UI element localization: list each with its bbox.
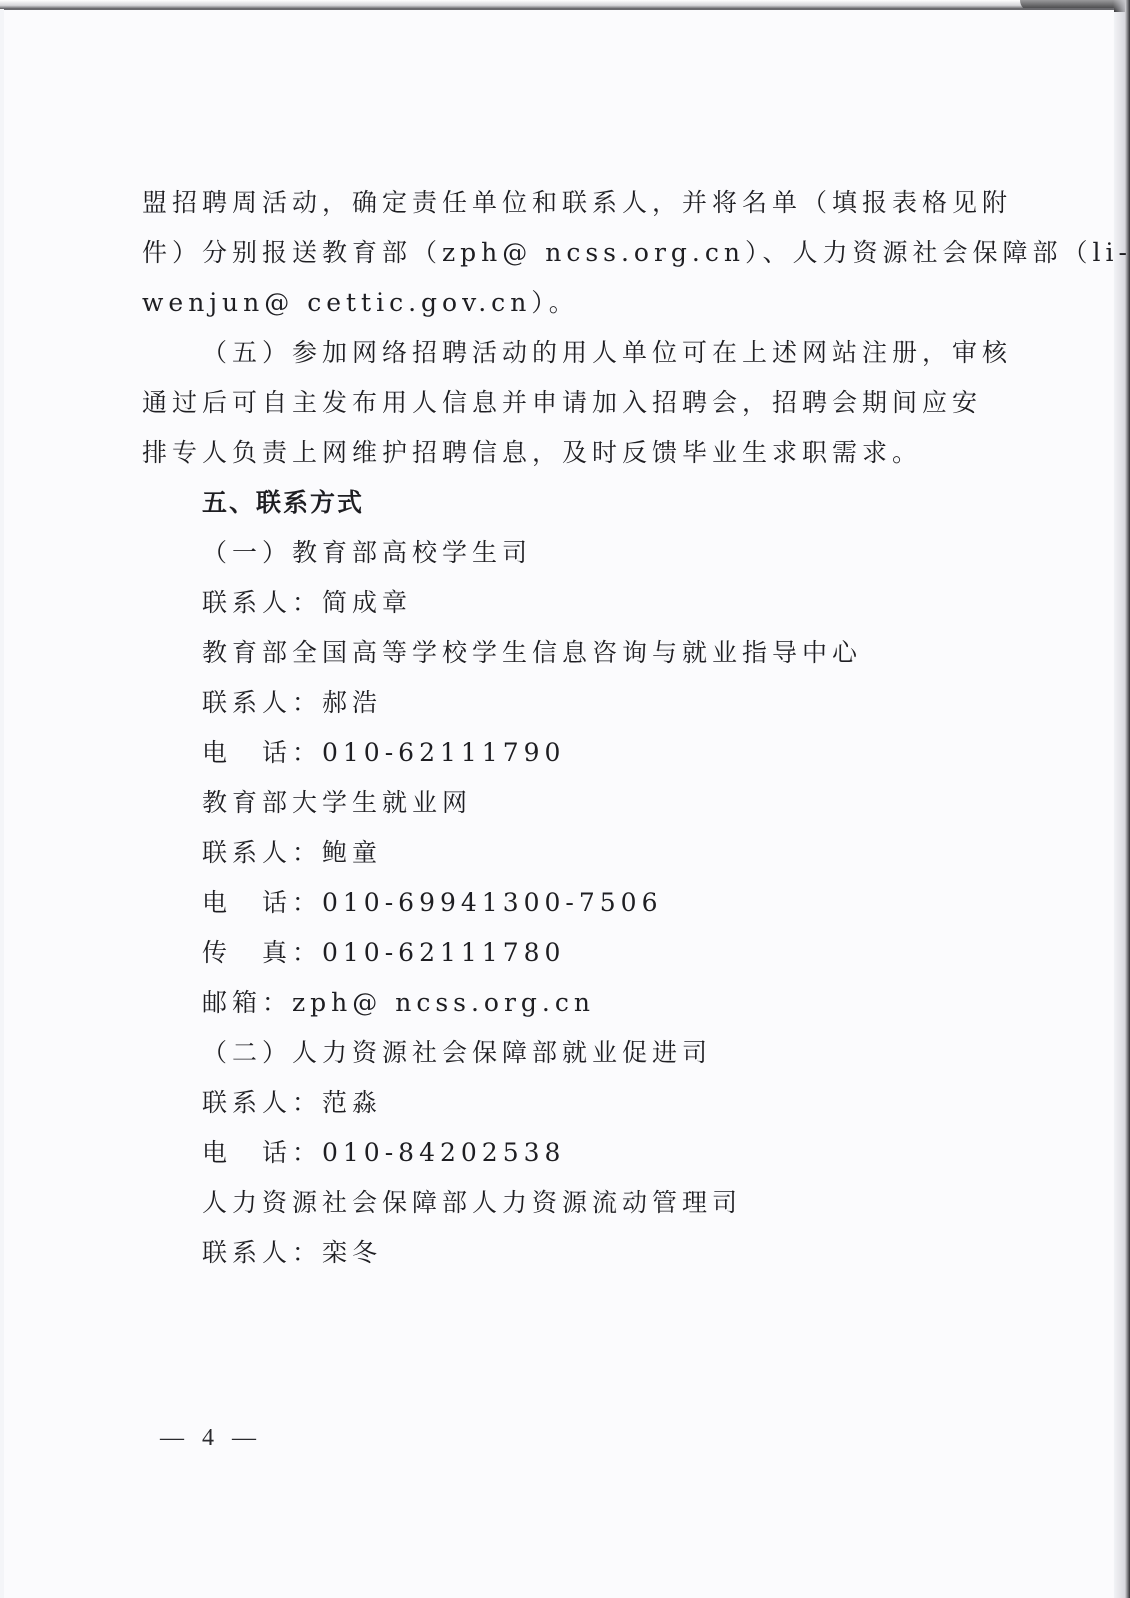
paragraph-line: （五）参加网络招聘活动的用人单位可在上述网站注册，审核 (142, 328, 982, 378)
contact-email: 邮箱：zph@ ncss.org.cn (142, 978, 982, 1028)
contact-department: （一）教育部高校学生司 (142, 528, 982, 578)
contact-organization: 教育部大学生就业网 (142, 778, 982, 828)
contact-phone: 电 话：010-69941300-7506 (142, 878, 982, 928)
contact-person: 联系人：郝浩 (142, 678, 982, 728)
paragraph-line: 通过后可自主发布用人信息并申请加入招聘会，招聘会期间应安 (142, 378, 982, 428)
contact-organization: 教育部全国高等学校学生信息咨询与就业指导中心 (142, 628, 982, 678)
paragraph-line: 排专人负责上网维护招聘信息，及时反馈毕业生求职需求。 (142, 428, 982, 478)
contact-person: 联系人：简成章 (142, 578, 982, 628)
paragraph-line: 盟招聘周活动，确定责任单位和联系人，并将名单（填报表格见附 (142, 178, 982, 228)
section-heading: 五、联系方式 (142, 478, 982, 528)
page-number: — 4 — (160, 1425, 262, 1452)
contact-organization: 人力资源社会保障部人力资源流动管理司 (142, 1178, 982, 1228)
contact-phone: 电 话：010-84202538 (142, 1128, 982, 1178)
contact-fax: 传 真：010-62111780 (142, 928, 982, 978)
paragraph-line: 件）分别报送教育部（zph@ ncss.org.cn）、人力资源社会保障部（li… (142, 228, 982, 278)
contact-person: 联系人：鲍童 (142, 828, 982, 878)
document-body: 盟招聘周活动，确定责任单位和联系人，并将名单（填报表格见附 件）分别报送教育部（… (142, 178, 982, 1278)
contact-department: （二）人力资源社会保障部就业促进司 (142, 1028, 982, 1078)
contact-person: 联系人：范淼 (142, 1078, 982, 1128)
paragraph-line: wenjun@ cettic.gov.cn）。 (142, 278, 982, 328)
contact-phone: 电 话：010-62111790 (142, 728, 982, 778)
contact-person: 联系人：栾冬 (142, 1228, 982, 1278)
